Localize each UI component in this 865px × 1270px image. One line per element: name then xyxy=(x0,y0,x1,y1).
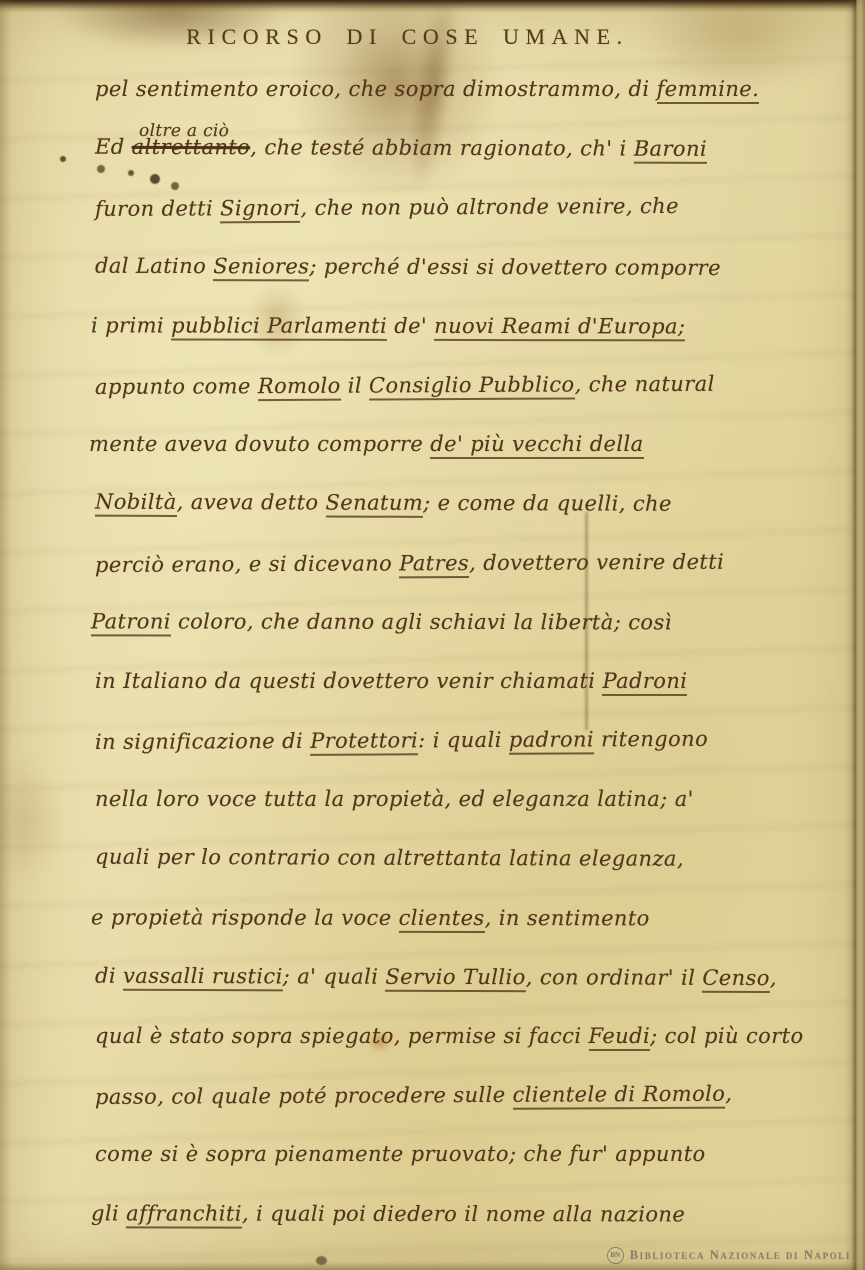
manuscript-line: furon detti Signori, che non può altrond… xyxy=(95,176,847,239)
underlined-word: Senatum xyxy=(325,491,423,518)
text-segment: , che non può altronde venire, che xyxy=(300,194,679,220)
underlined-word: affranchiti xyxy=(126,1201,242,1228)
manuscript-text: pel sentimento eroico, che sopra dimostr… xyxy=(95,60,847,1244)
text-segment: di xyxy=(95,964,123,988)
text-segment: , i quali poi diedero il nome alla nazio… xyxy=(242,1201,685,1226)
text-segment: , dovettero venire detti xyxy=(469,549,724,574)
manuscript-page: RICORSO DI COSE UMANE. pel sentimento er… xyxy=(0,0,865,1270)
underlined-word: clientele di Romolo xyxy=(513,1082,726,1110)
underlined-word: Protettori xyxy=(310,728,418,756)
manuscript-line: di vassalli rustici; a' quali Servio Tul… xyxy=(95,947,847,1009)
manuscript-line: Nobiltà, aveva detto Senatum; e come da … xyxy=(95,473,847,535)
text-segment: ; a' quali xyxy=(283,964,386,988)
text-segment: , in sentimento xyxy=(485,906,650,930)
underlined-word: clientes xyxy=(399,905,485,932)
library-watermark: BN Biblioteca Nazionale di Napoli xyxy=(607,1247,851,1264)
text-segment: il xyxy=(341,373,370,397)
text-segment: , xyxy=(770,966,777,990)
text-segment: , xyxy=(725,1082,732,1106)
underlined-word: padroni xyxy=(509,727,594,754)
text-segment: de' xyxy=(387,314,434,338)
text-segment: i primi xyxy=(91,313,171,337)
text-segment: e propietà risponde la voce xyxy=(91,905,399,930)
page-edge-left xyxy=(0,0,12,1270)
manuscript-line: perciò erano, e si dicevano Patres, dove… xyxy=(95,532,847,595)
text-segment: , con ordinar' il xyxy=(526,965,703,990)
text-segment: nella loro voce tutta la propietà, ed el… xyxy=(95,787,694,811)
text-segment: passo, col quale poté procedere sulle xyxy=(95,1083,513,1109)
underlined-word: vassalli rustici xyxy=(123,964,283,992)
text-segment: ; col più corto xyxy=(650,1024,803,1048)
underlined-word: Feudi xyxy=(589,1024,651,1051)
text-segment: , che testé abbiam ragionato, ch' i xyxy=(250,135,634,160)
manuscript-line: quali per lo contrario con altrettanta l… xyxy=(95,828,847,890)
page-edge-right xyxy=(845,0,865,1270)
underlined-word: pubblici Parlamenti xyxy=(171,313,387,340)
underlined-word: de' più vecchi della xyxy=(430,432,643,459)
underlined-word: nuovi Reami d'Europa; xyxy=(434,314,685,341)
text-segment: furon detti xyxy=(95,197,220,222)
text-segment: in significazione di xyxy=(95,729,310,754)
page-title: RICORSO DI COSE UMANE. xyxy=(0,24,815,50)
manuscript-line: Patroni coloro, che danno agli schiavi l… xyxy=(91,592,843,652)
manuscript-line: nella loro voce tutta la propietà, ed el… xyxy=(95,770,847,829)
manuscript-line: gli affranchiti, i quali poi diedero il … xyxy=(91,1184,843,1244)
underlined-word: Patres xyxy=(399,551,469,578)
text-segment: mente aveva dovuto comporre xyxy=(89,432,430,456)
text-segment: ; e come da quelli, che xyxy=(423,491,672,516)
underlined-word: Nobiltà xyxy=(95,490,177,517)
page-edge-top xyxy=(0,0,865,13)
underlined-word: Patroni xyxy=(91,609,171,636)
stain xyxy=(316,1256,327,1265)
text-segment: : i quali xyxy=(418,728,509,752)
underlined-word: Seniores xyxy=(213,254,309,281)
text-segment: qual è stato sopra spiegato, permise si … xyxy=(95,1024,589,1048)
ink-spots xyxy=(60,156,66,162)
manuscript-line: e propietà risponde la voce clientes, in… xyxy=(91,888,843,948)
interlinear-insertion: oltre a ciò xyxy=(139,123,229,140)
underlined-word: Signori xyxy=(220,196,300,223)
manuscript-line: oltre a ciòEd altrettanto, che testé abb… xyxy=(95,118,847,180)
text-segment: coloro, che danno agli schiavi la libert… xyxy=(171,609,672,634)
manuscript-line: i primi pubblici Parlamenti de' nuovi Re… xyxy=(91,296,843,356)
text-segment: Ed xyxy=(95,135,132,159)
manuscript-line: passo, col quale poté procedere sulle cl… xyxy=(95,1064,847,1127)
manuscript-line: in Italiano da questi dovettero venir ch… xyxy=(95,652,847,711)
library-watermark-label: Biblioteca Nazionale di Napoli xyxy=(630,1248,851,1263)
stain xyxy=(0,758,63,883)
text-segment: , che natural xyxy=(574,372,714,397)
underlined-word: Servio Tullio xyxy=(385,965,525,992)
text-segment: come si è sopra pienamente pruovato; che… xyxy=(95,1142,706,1166)
manuscript-line: in significazione di Protettori: i quali… xyxy=(95,709,847,772)
text-segment: ; perché d'essi si dovettero comporre xyxy=(309,254,721,279)
text-segment: ritengono xyxy=(594,727,708,752)
manuscript-line: qual è stato sopra spiegato, permise si … xyxy=(95,1007,847,1066)
manuscript-line: mente aveva dovuto comporre de' più vecc… xyxy=(89,415,841,474)
underlined-word: Consiglio Pubblico xyxy=(369,372,575,400)
text-segment: quali per lo contrario con altrettanta l… xyxy=(95,845,684,871)
underlined-word: Censo xyxy=(702,966,770,993)
text-segment: gli xyxy=(91,1201,126,1225)
text-segment: , aveva detto xyxy=(177,490,326,515)
text-segment: dal Latino xyxy=(95,253,213,277)
library-logo-icon: BN xyxy=(607,1247,624,1264)
manuscript-line: come si è sopra pienamente pruovato; che… xyxy=(95,1125,847,1184)
underlined-word: femmine. xyxy=(657,77,760,104)
text-segment: pel sentimento eroico, che sopra dimostr… xyxy=(95,77,657,101)
manuscript-line: pel sentimento eroico, che sopra dimostr… xyxy=(95,60,847,119)
manuscript-line: dal Latino Seniores; perché d'essi si do… xyxy=(95,236,847,298)
text-segment: perciò erano, e si dicevano xyxy=(95,551,399,577)
underlined-word: Romolo xyxy=(258,374,341,401)
underlined-word: Padroni xyxy=(602,669,687,696)
text-segment: in Italiano da questi dovettero venir ch… xyxy=(95,669,602,693)
manuscript-line: appunto come Romolo il Consiglio Pubblic… xyxy=(95,354,847,417)
text-segment: appunto come xyxy=(95,374,258,399)
underlined-word: Baroni xyxy=(634,137,707,164)
